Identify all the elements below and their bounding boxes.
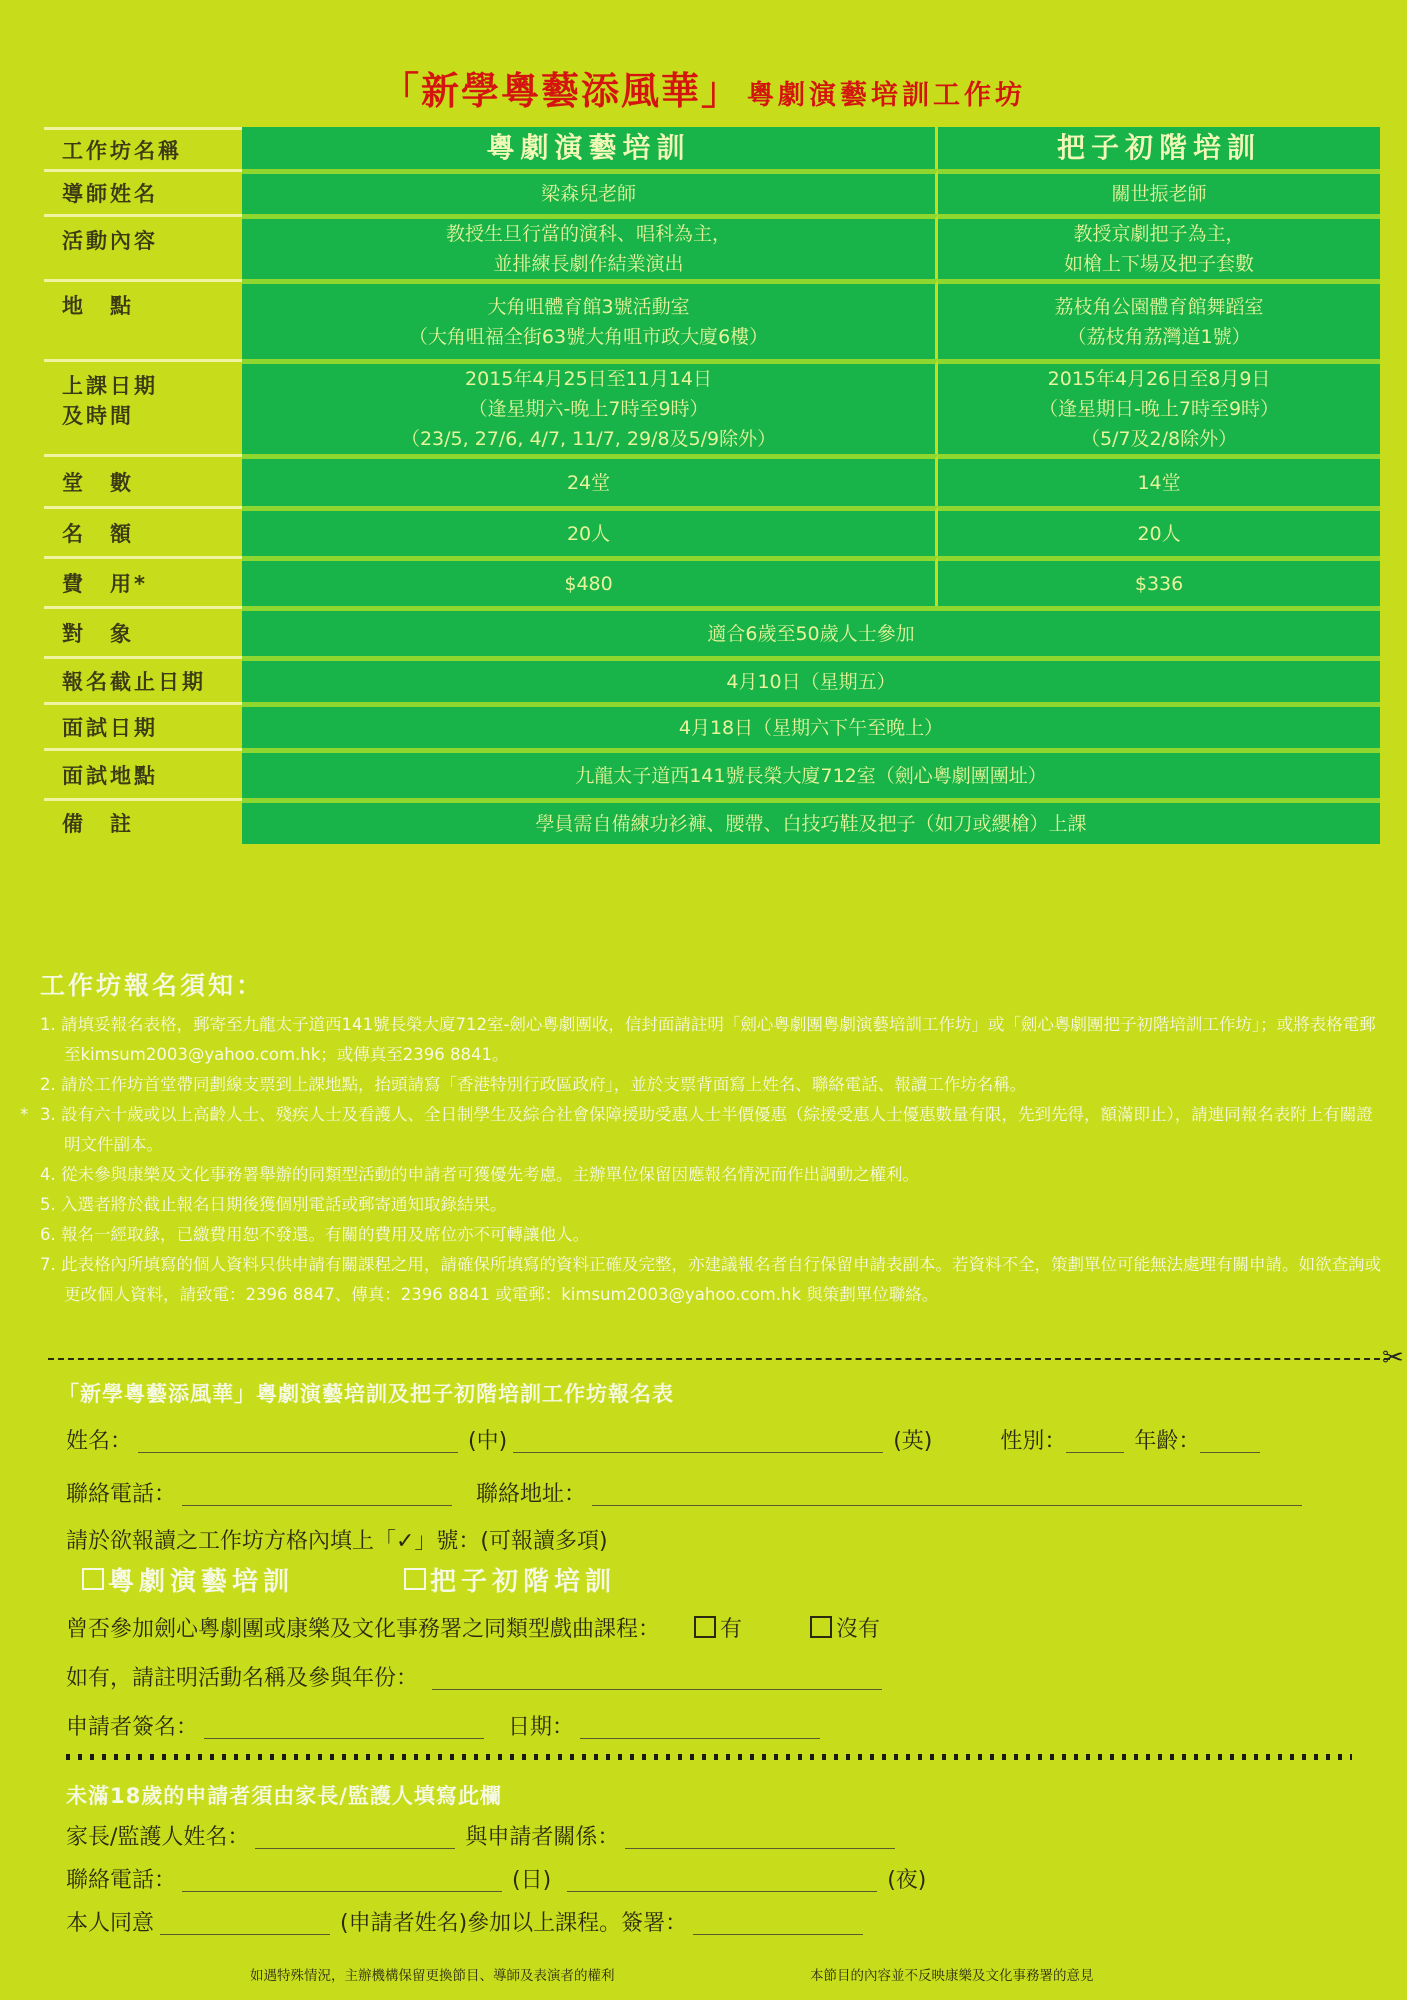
- english-name-field[interactable]: [513, 1430, 883, 1453]
- row-value: 大角咀體育館3號活動室（大角咀福全街63號大角咀市政大廈6樓）: [242, 279, 938, 359]
- row-value: 24堂: [242, 454, 938, 506]
- signature-label: 申請者簽名：: [66, 1710, 198, 1741]
- night-suffix: (夜): [887, 1863, 926, 1894]
- cut-line: [48, 1358, 1390, 1360]
- guardian-heading: 未滿18歲的申請者須由家長/監護人填寫此欄: [66, 1780, 1356, 1810]
- note-item: 2. 請於工作坊首堂帶同劃線支票到上課地點，抬頭請寫「香港特別行政區政府」，並於…: [40, 1070, 1385, 1100]
- english-suffix: (英): [893, 1424, 932, 1455]
- age-field[interactable]: [1200, 1430, 1260, 1453]
- dotted-divider: [66, 1754, 1352, 1760]
- row-value: 荔枝角公園體育館舞蹈室（荔枝角荔灣道1號）: [938, 279, 1380, 359]
- row-label: 費 用*: [44, 556, 242, 606]
- guardian-name-field[interactable]: [255, 1826, 455, 1849]
- relationship-field[interactable]: [625, 1826, 895, 1849]
- activity-field[interactable]: [432, 1667, 882, 1690]
- scissors-icon: ✂: [1382, 1343, 1404, 1373]
- table-row: 工作坊名稱粵劇演藝培訓把子初階培訓: [44, 127, 1380, 169]
- row-value: 九龍太子道西141號長榮大廈712室（劍心粵劇團團址）: [242, 748, 1380, 798]
- option-yes[interactable]: 有: [694, 1612, 742, 1643]
- row-value: 粵劇演藝培訓: [242, 127, 938, 169]
- table-row: 上課日期及時間2015年4月25日至11月14日（逢星期六-晚上7時至9時）（2…: [44, 359, 1380, 454]
- checkbox[interactable]: [82, 1568, 104, 1590]
- registration-form: 「新學粵藝添風華」粵劇演藝培訓及把子初階培訓工作坊報名表 姓名： (中) (英)…: [66, 1378, 1356, 1741]
- row-label: 堂 數: [44, 454, 242, 506]
- consent-middle: (申請者姓名)參加以上課程。簽署：: [340, 1906, 687, 1937]
- form-title: 「新學粵藝添風華」粵劇演藝培訓及把子初階培訓工作坊報名表: [58, 1378, 1356, 1408]
- row-value: $336: [938, 556, 1380, 606]
- row-value: $480: [242, 556, 938, 606]
- date-field[interactable]: [580, 1716, 820, 1739]
- day-phone-field[interactable]: [182, 1869, 502, 1892]
- table-row: 名 額20人20人: [44, 506, 1380, 556]
- notes-heading: 工作坊報名須知：: [40, 966, 1385, 1002]
- row-value: 20人: [938, 506, 1380, 556]
- table-row: 活動內容教授生旦行當的演科、唱科為主，並排練長劇作結業演出教授京劇把子為主，如槍…: [44, 214, 1380, 279]
- tick-instruction: 請於欲報讀之工作坊方格內填上「✓」號：(可報讀多項): [66, 1524, 608, 1555]
- footer-left: 如遇特殊情況，主辦機構保留更換節目、導師及表演者的權利: [250, 1964, 615, 1984]
- guardian-signature-field[interactable]: [693, 1912, 863, 1935]
- title-sub: 粵劇演藝培訓工作坊: [747, 80, 1026, 111]
- asterisk-marker: *: [20, 1100, 28, 1130]
- phone-field[interactable]: [182, 1483, 452, 1506]
- row-label: 對 象: [44, 606, 242, 656]
- table-row: 面試日期4月18日（星期六下午至晚上）: [44, 702, 1380, 748]
- guardian-section: 未滿18歲的申請者須由家長/監護人填寫此欄 家長/監護人姓名： 與申請者關係： …: [66, 1780, 1356, 1937]
- row-label: 上課日期及時間: [44, 359, 242, 454]
- address-label: 聯絡地址：: [476, 1477, 586, 1508]
- row-label: 活動內容: [44, 214, 242, 279]
- note-item: *3. 設有六十歲或以上高齡人士、殘疾人士及看護人、全日制學生及綜合社會保障援助…: [40, 1100, 1385, 1160]
- guardian-name-label: 家長/監護人姓名：: [66, 1820, 249, 1851]
- row-label: 報名截止日期: [44, 656, 242, 702]
- row-value: 把子初階培訓: [938, 127, 1380, 169]
- checkbox[interactable]: [694, 1616, 716, 1638]
- row-value: 梁森兒老師: [242, 169, 938, 214]
- row-value: 教授京劇把子為主，如槍上下場及把子套數: [938, 214, 1380, 279]
- table-row: 堂 數24堂14堂: [44, 454, 1380, 506]
- table-row: 費 用*$480$336: [44, 556, 1380, 606]
- row-label: 地 點: [44, 279, 242, 359]
- guardian-phone-label: 聯絡電話：: [66, 1863, 176, 1894]
- row-label: 備 註: [44, 798, 242, 844]
- note-item: 5. 入選者將於截止報名日期後獲個別電話或郵寄通知取錄結果。: [40, 1190, 1385, 1220]
- row-value: 學員需自備練功衫褲、腰帶、白技巧鞋及把子（如刀或纓槍）上課: [242, 798, 1380, 844]
- date-label: 日期：: [508, 1710, 574, 1741]
- row-label: 面試地點: [44, 748, 242, 798]
- registration-notes: 工作坊報名須知： 1. 請填妥報名表格，郵寄至九龍太子道西141號長榮大廈712…: [40, 966, 1385, 1310]
- row-value: 20人: [242, 506, 938, 556]
- relationship-label: 與申請者關係：: [465, 1820, 619, 1851]
- row-value: 2015年4月25日至11月14日（逢星期六-晚上7時至9時）（23/5, 27…: [242, 359, 938, 454]
- signature-field[interactable]: [204, 1716, 484, 1739]
- phone-label: 聯絡電話：: [66, 1477, 176, 1508]
- table-row: 備 註學員需自備練功衫褲、腰帶、白技巧鞋及把子（如刀或纓槍）上課: [44, 798, 1380, 844]
- day-suffix: (日): [512, 1863, 551, 1894]
- previous-question: 曾否參加劍心粵劇團或康樂及文化事務署之同類型戲曲課程：: [66, 1612, 660, 1643]
- table-row: 面試地點九龍太子道西141號長榮大廈712室（劍心粵劇團團址）: [44, 748, 1380, 798]
- row-value: 教授生旦行當的演科、唱科為主，並排練長劇作結業演出: [242, 214, 938, 279]
- footer-right: 本節目的內容並不反映康樂及文化事務署的意見: [810, 1964, 1094, 1984]
- if-yes-label: 如有，請註明活動名稱及參與年份：: [66, 1661, 418, 1692]
- applicant-name-field[interactable]: [160, 1912, 330, 1935]
- table-row: 對 象適合6歲至50歲人士參加: [44, 606, 1380, 656]
- row-label: 工作坊名稱: [44, 127, 242, 169]
- note-item: 1. 請填妥報名表格，郵寄至九龍太子道西141號長榮大廈712室-劍心粵劇團收，…: [40, 1010, 1385, 1070]
- checkbox[interactable]: [810, 1616, 832, 1638]
- row-value: 14堂: [938, 454, 1380, 506]
- note-item: 7. 此表格內所填寫的個人資料只供申請有關課程之用，請確保所填寫的資料正確及完整…: [40, 1250, 1385, 1310]
- workshop-info-table: 工作坊名稱粵劇演藝培訓把子初階培訓導師姓名梁森兒老師關世振老師活動內容教授生旦行…: [44, 127, 1380, 844]
- address-field[interactable]: [592, 1483, 1302, 1506]
- chinese-suffix: (中): [468, 1424, 507, 1455]
- row-label: 導師姓名: [44, 169, 242, 214]
- gender-field[interactable]: [1066, 1430, 1124, 1453]
- row-value: 適合6歲至50歲人士參加: [242, 606, 1380, 656]
- table-row: 報名截止日期4月10日（星期五）: [44, 656, 1380, 702]
- option-no[interactable]: 沒有: [810, 1612, 880, 1643]
- note-item: 4. 從未參與康樂及文化事務署舉辦的同類型活動的申請者可獲優先考慮。主辦單位保留…: [40, 1160, 1385, 1190]
- chinese-name-field[interactable]: [138, 1430, 458, 1453]
- row-label: 面試日期: [44, 702, 242, 748]
- consent-prefix: 本人同意: [66, 1906, 154, 1937]
- checkbox[interactable]: [404, 1568, 426, 1590]
- night-phone-field[interactable]: [567, 1869, 877, 1892]
- row-value: 關世振老師: [938, 169, 1380, 214]
- name-label: 姓名：: [66, 1424, 132, 1455]
- page-title: 「新學粵藝添風華」粵劇演藝培訓工作坊: [0, 60, 1407, 115]
- row-label: 名 額: [44, 506, 242, 556]
- option-weapons-basic[interactable]: 把子初階培訓: [404, 1561, 616, 1598]
- row-value: 2015年4月26日至8月9日（逢星期日-晚上7時至9時）（5/7及2/8除外）: [938, 359, 1380, 454]
- option-cantonese-opera[interactable]: 粵劇演藝培訓: [82, 1561, 294, 1598]
- table-row: 導師姓名梁森兒老師關世振老師: [44, 169, 1380, 214]
- row-value: 4月10日（星期五）: [242, 656, 1380, 702]
- table-row: 地 點大角咀體育館3號活動室（大角咀福全街63號大角咀市政大廈6樓）荔枝角公園體…: [44, 279, 1380, 359]
- note-item: 6. 報名一經取錄，已繳費用恕不發還。有關的費用及席位亦不可轉讓他人。: [40, 1220, 1385, 1250]
- age-label: 年齡：: [1134, 1424, 1200, 1455]
- title-main: 「新學粵藝添風華」: [381, 69, 741, 113]
- notes-list: 1. 請填妥報名表格，郵寄至九龍太子道西141號長榮大廈712室-劍心粵劇團收，…: [40, 1010, 1385, 1310]
- row-value: 4月18日（星期六下午至晚上）: [242, 702, 1380, 748]
- gender-label: 性別：: [1000, 1424, 1066, 1455]
